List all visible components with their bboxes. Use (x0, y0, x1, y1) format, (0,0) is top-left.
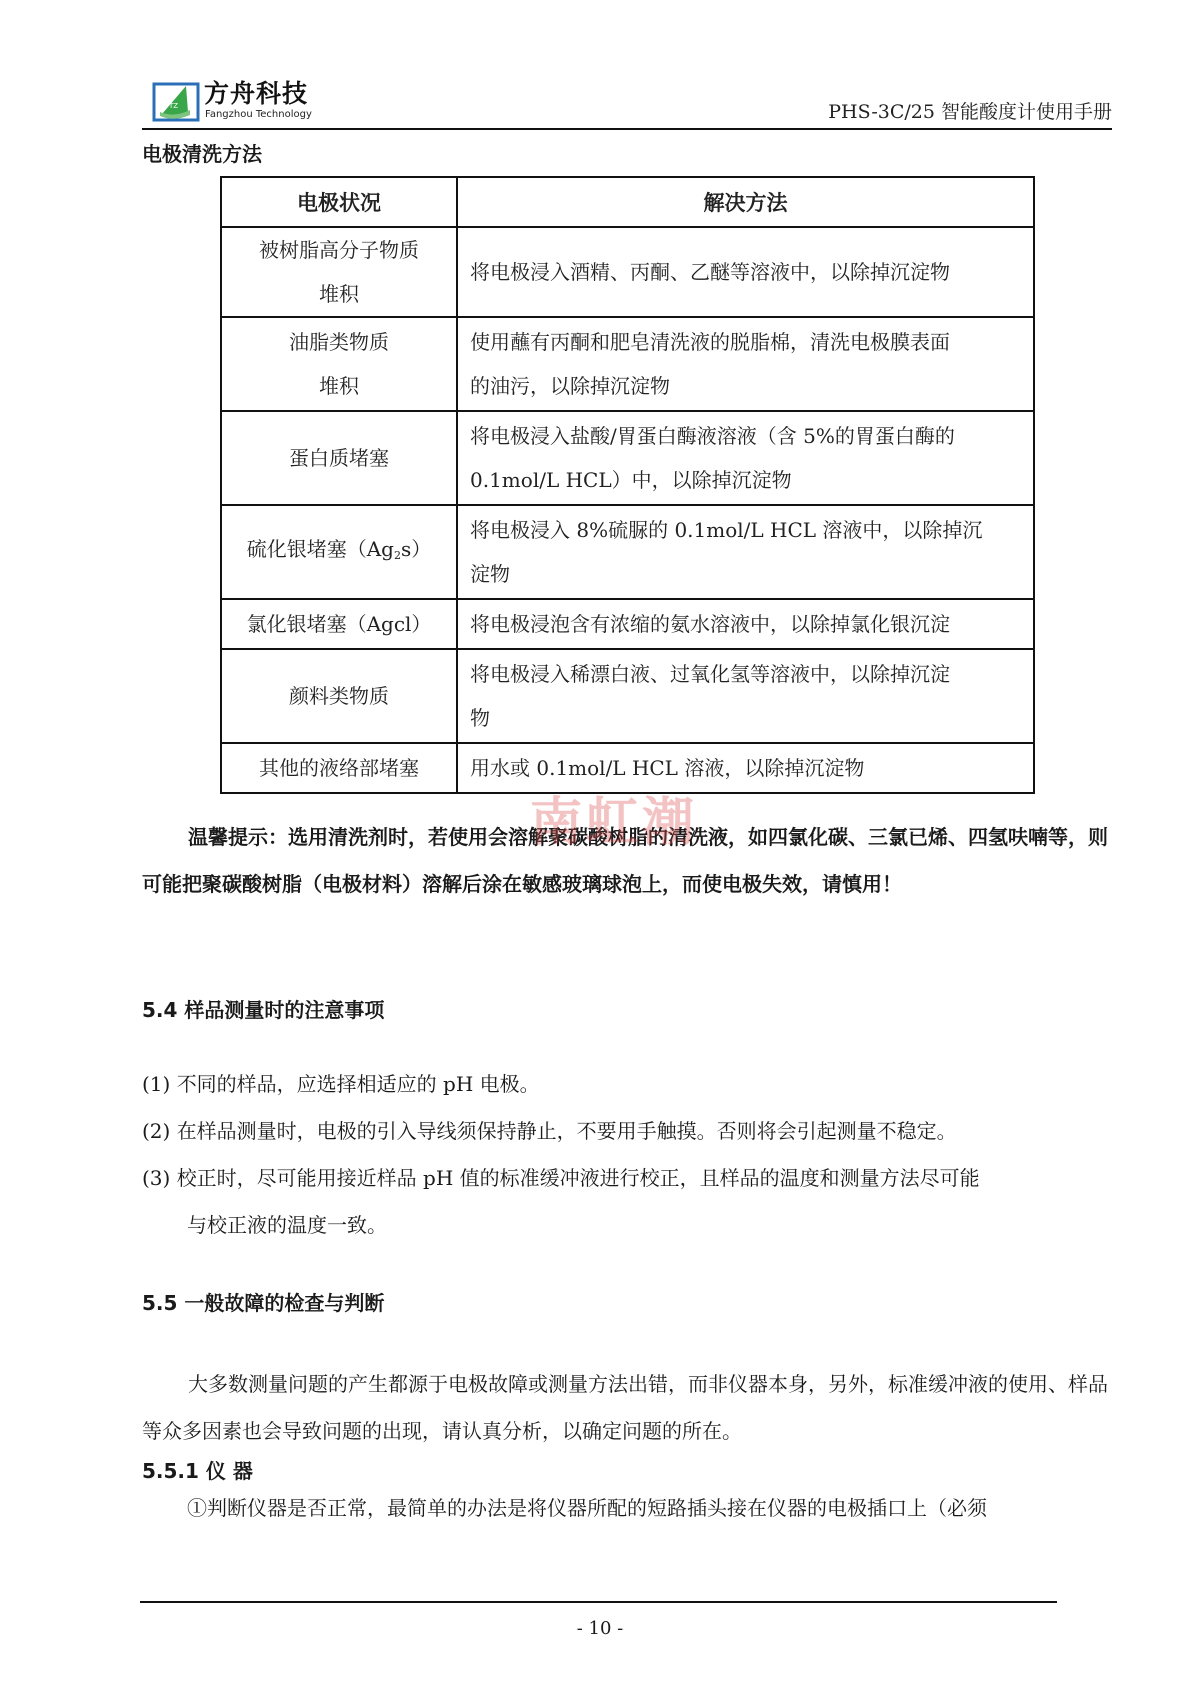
condition-line: 被树脂高分子物质 (234, 228, 444, 272)
company-name-cn: 方舟科技 (204, 80, 308, 108)
section-paragraph: 大多数测量问题的产生都源于电极故障或测量方法出错，而非仪器本身，另外，标准缓冲液… (142, 1361, 1122, 1455)
solution-line: 物 (470, 696, 1021, 740)
list-item-continuation: 与校正液的温度一致。 (187, 1212, 387, 1238)
company-name-en: Fangzhou Technology (205, 109, 312, 121)
table-header-row: 电极状况 解决方法 (221, 177, 1034, 227)
solution-cell: 将电极浸入 8%硫脲的 0.1mol/L HCL 溶液中，以除掉沉 淀物 (457, 505, 1034, 599)
condition-cell: 蛋白质堵塞 (221, 411, 457, 505)
condition-line: 堆积 (234, 272, 444, 316)
condition-cell: 颜料类物质 (221, 649, 457, 743)
solution-line: 0.1mol/L HCL）中，以除掉沉淀物 (470, 458, 1021, 502)
condition-cell: 硫化银堵塞（Ag2s） (221, 505, 457, 599)
svg-text:TZ: TZ (168, 102, 178, 110)
condition-cell: 被树脂高分子物质 堆积 (221, 227, 457, 317)
table-row: 油脂类物质 堆积 使用蘸有丙酮和肥皂清洗液的脱脂棉，清洗电极膜表面 的油污，以除… (221, 317, 1034, 411)
company-logo-icon: TZ (152, 82, 200, 122)
solution-cell: 使用蘸有丙酮和肥皂清洗液的脱脂棉，清洗电极膜表面 的油污，以除掉沉淀物 (457, 317, 1034, 411)
page-number: - 10 - (0, 1618, 1200, 1640)
header-divider (142, 128, 1112, 130)
section-title-5-5: 5.5 一般故障的检查与判断 (142, 1290, 384, 1316)
column-header-condition: 电极状况 (221, 177, 457, 227)
solution-cell: 将电极浸泡含有浓缩的氨水溶液中，以除掉氯化银沉淀 (457, 599, 1034, 649)
list-item: (1) 不同的样品，应选择相适应的 pH 电极。 (142, 1071, 540, 1097)
solution-line: 将电极浸入稀漂白液、过氧化氢等溶液中，以除掉沉淀 (470, 652, 1021, 696)
subsection-title-5-5-1: 5.5.1 仪 器 (142, 1458, 253, 1484)
solution-cell: 将电极浸入稀漂白液、过氧化氢等溶液中，以除掉沉淀 物 (457, 649, 1034, 743)
table-row: 蛋白质堵塞 将电极浸入盐酸/胃蛋白酶液溶液（含 5%的胃蛋白酶的 0.1mol/… (221, 411, 1034, 505)
list-item: (2) 在样品测量时，电极的引入导线须保持静止，不要用手触摸。否则将会引起测量不… (142, 1118, 957, 1144)
solution-line: 将电极浸入 8%硫脲的 0.1mol/L HCL 溶液中，以除掉沉 (470, 508, 1021, 552)
subscript: 2 (394, 549, 401, 562)
condition-text: s） (401, 537, 431, 561)
solution-line: 淀物 (470, 552, 1021, 596)
list-item: (3) 校正时，尽可能用接近样品 pH 值的标准缓冲液进行校正，且样品的温度和测… (142, 1165, 980, 1191)
table-row: 被树脂高分子物质 堆积 将电极浸入酒精、丙酮、乙醚等溶液中，以除掉沉淀物 (221, 227, 1034, 317)
watermark: 南虹潮 (530, 780, 698, 855)
document-title: PHS-3C/25 智能酸度计使用手册 (828, 100, 1112, 124)
condition-text: 硫化银堵塞（Ag (247, 537, 394, 561)
footer-divider (140, 1601, 1057, 1603)
solution-cell: 将电极浸入酒精、丙酮、乙醚等溶液中，以除掉沉淀物 (457, 227, 1034, 317)
condition-cell: 其他的液络部堵塞 (221, 743, 457, 793)
solution-line: 的油污，以除掉沉淀物 (470, 364, 1021, 408)
condition-cell: 氯化银堵塞（Agcl） (221, 599, 457, 649)
condition-line: 油脂类物质 (234, 320, 444, 364)
subsection-paragraph: ①判断仪器是否正常，最简单的办法是将仪器所配的短路插头接在仪器的电极插口上（必须 (187, 1495, 1127, 1521)
solution-line: 将电极浸入盐酸/胃蛋白酶液溶液（含 5%的胃蛋白酶的 (470, 414, 1021, 458)
section-title-5-4: 5.4 样品测量时的注意事项 (142, 997, 384, 1023)
solution-cell: 将电极浸入盐酸/胃蛋白酶液溶液（含 5%的胃蛋白酶的 0.1mol/L HCL）… (457, 411, 1034, 505)
condition-line: 堆积 (234, 364, 444, 408)
condition-cell: 油脂类物质 堆积 (221, 317, 457, 411)
solution-line: 使用蘸有丙酮和肥皂清洗液的脱脂棉，清洗电极膜表面 (470, 320, 1021, 364)
cleaning-methods-table: 电极状况 解决方法 被树脂高分子物质 堆积 将电极浸入酒精、丙酮、乙醚等溶液中，… (220, 176, 1035, 794)
table-row: 颜料类物质 将电极浸入稀漂白液、过氧化氢等溶液中，以除掉沉淀 物 (221, 649, 1034, 743)
table-row: 氯化银堵塞（Agcl） 将电极浸泡含有浓缩的氨水溶液中，以除掉氯化银沉淀 (221, 599, 1034, 649)
column-header-solution: 解决方法 (457, 177, 1034, 227)
section-title-cleaning: 电极清洗方法 (142, 141, 262, 167)
table-row: 硫化银堵塞（Ag2s） 将电极浸入 8%硫脲的 0.1mol/L HCL 溶液中… (221, 505, 1034, 599)
